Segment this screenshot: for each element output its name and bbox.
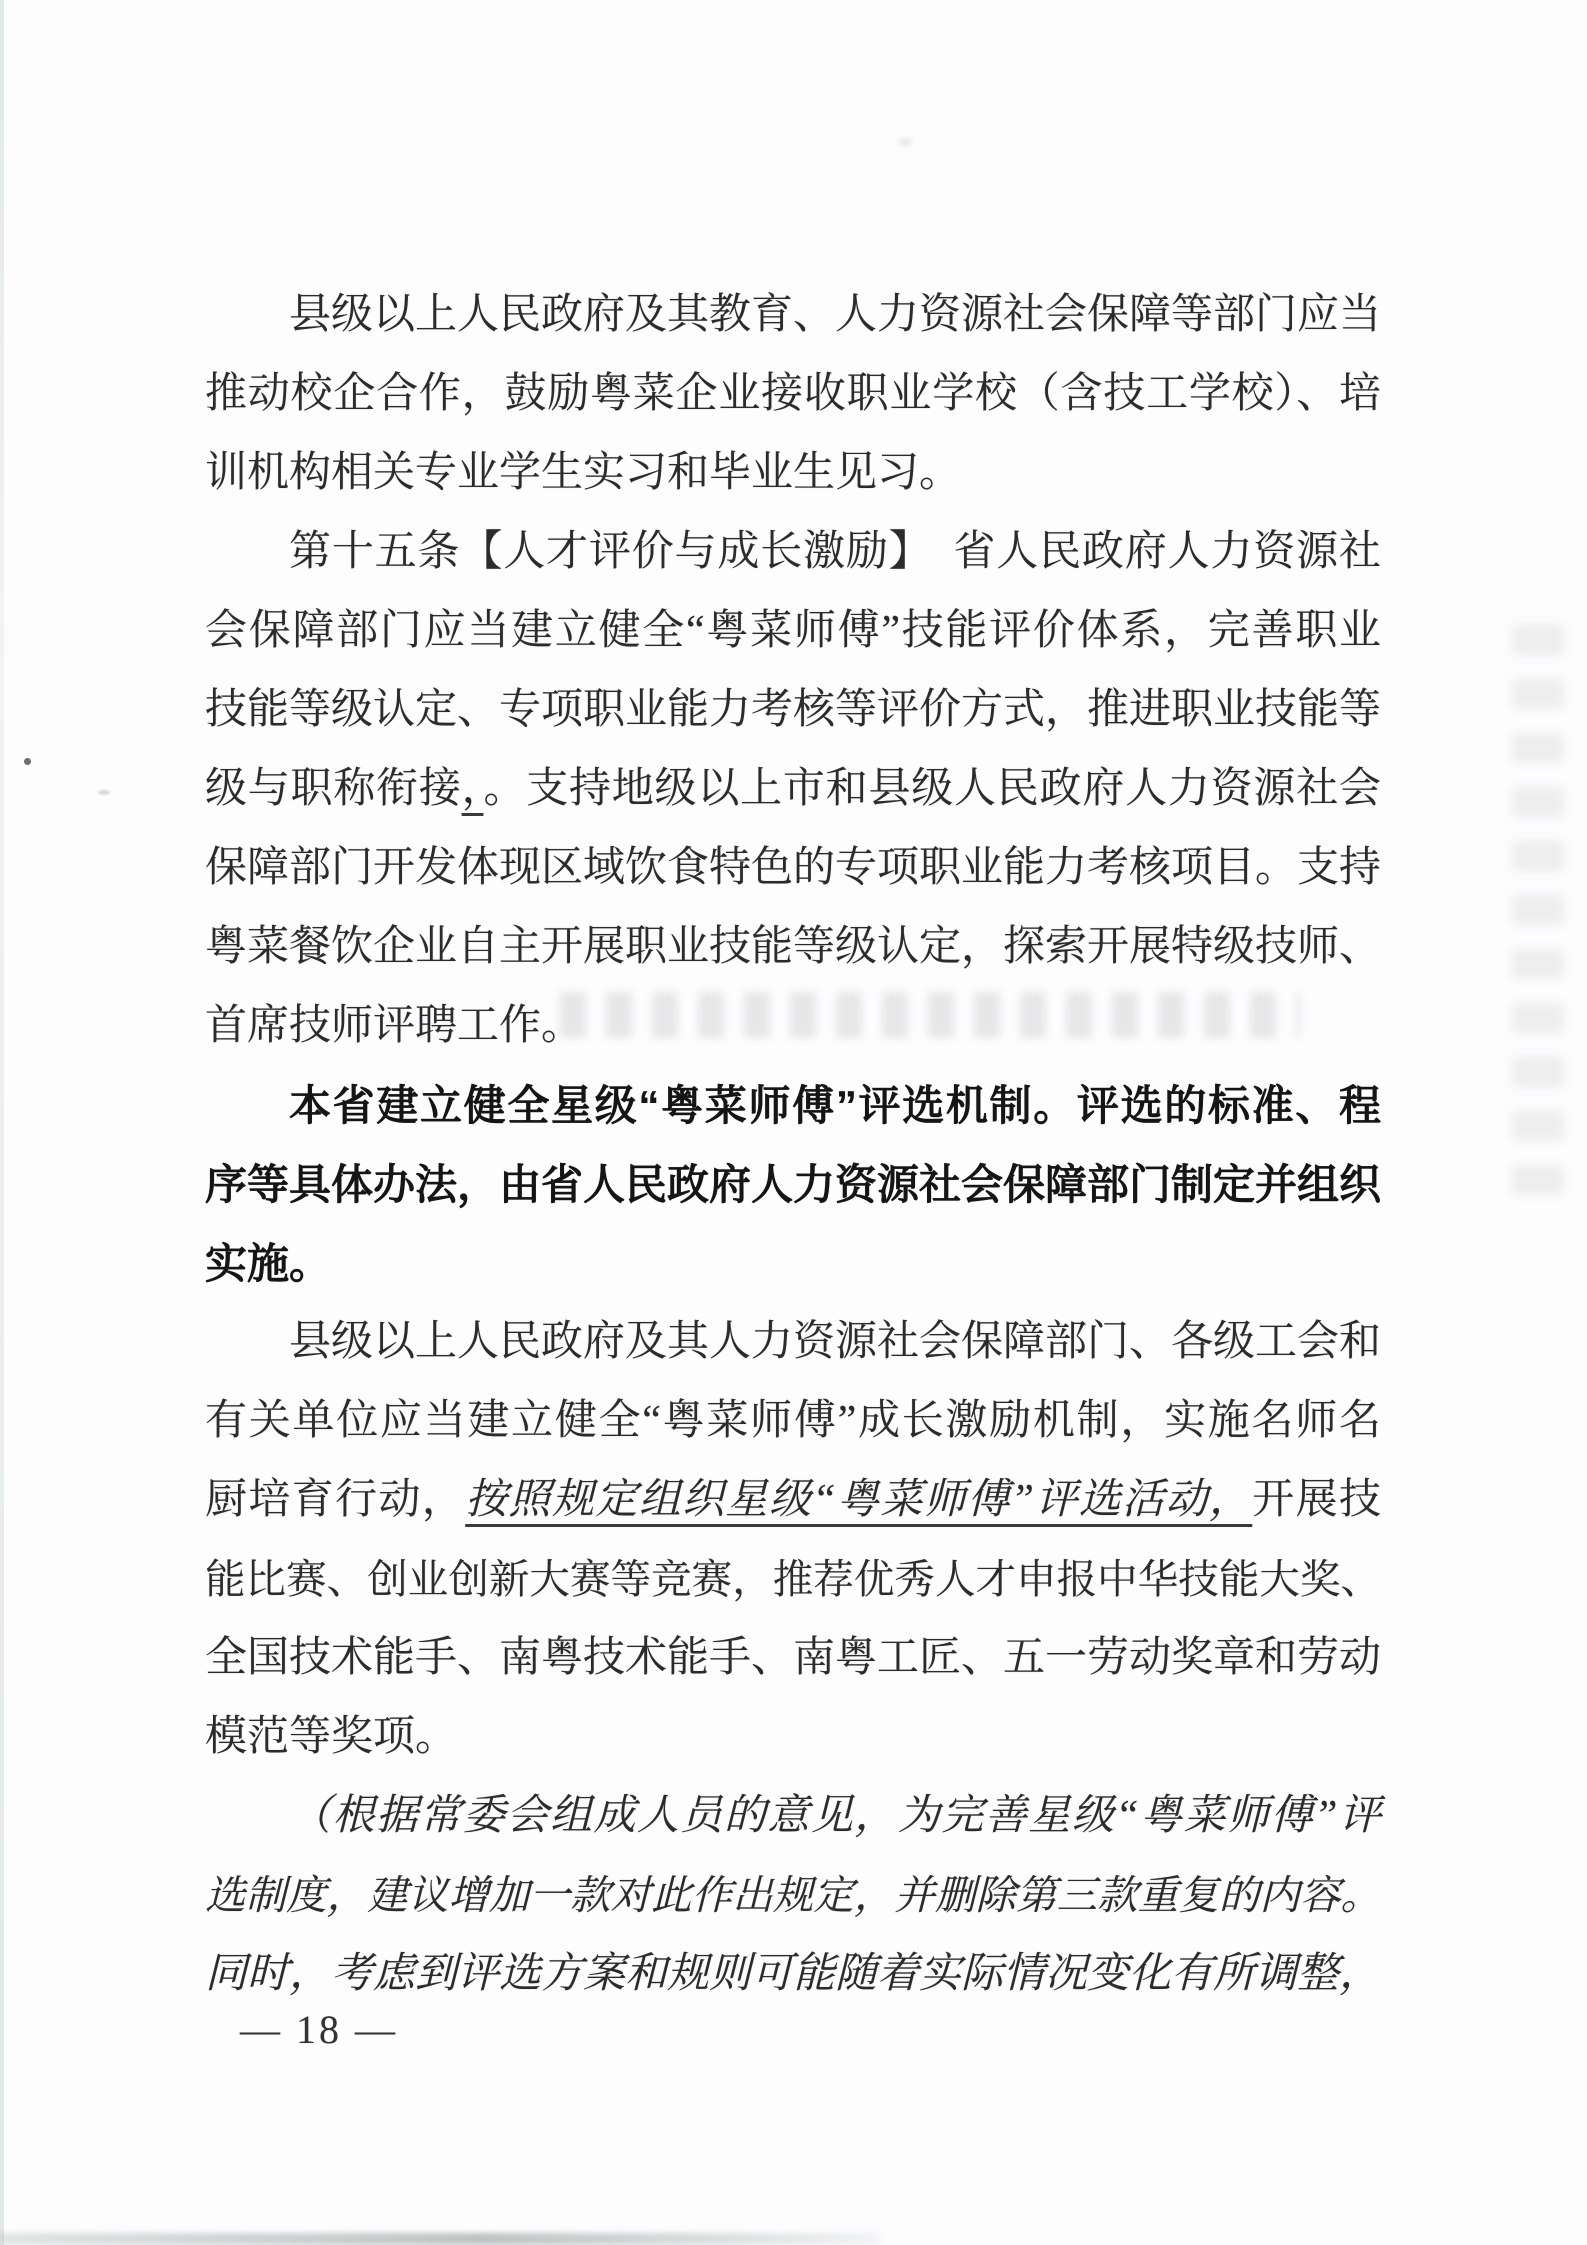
- text-segment: 全国技术能手、南粤技术能手、南粤工匠、五一劳动奖章和劳动: [205, 1635, 1381, 1681]
- text-segment: 。支持地级以上市和县级人民政府人力资源社会: [483, 766, 1381, 812]
- text-segment: 实施。: [205, 1240, 331, 1287]
- text-segment: 本省建立健全星级“粤菜师傅”评选机制。评选的标准、程: [289, 1082, 1381, 1129]
- text-segment: 县级以上人民政府及其教育、人力资源社会保障等部门应当: [289, 292, 1381, 338]
- text-segment: 训机构相关专业学生实习和毕业生见习。: [205, 450, 961, 496]
- scanned-page: 县级以上人民政府及其教育、人力资源社会保障等部门应当推动校企合作，鼓励粤菜企业接…: [0, 0, 1587, 2245]
- text-line: 本省建立健全星级“粤菜师傅”评选机制。评选的标准、程: [205, 1066, 1381, 1145]
- text-segment: 有关单位应当建立健全“粤菜师傅”成长激励机制，实施名师名: [205, 1398, 1381, 1444]
- text-line: 级与职称衔接，。支持地级以上市和县级人民政府人力资源社会: [205, 750, 1381, 829]
- text-line: 会保障部门应当建立健全“粤菜师傅”技能评价体系，完善职业: [205, 592, 1381, 671]
- ink-dot-artifact: [24, 758, 31, 765]
- text-segment: 序等具体办法，由省人民政府人力资源社会保障部门制定并组织: [205, 1161, 1381, 1208]
- text-line: 推动校企合作，鼓励粤菜企业接收职业学校（含技工学校）、培: [205, 355, 1381, 434]
- text-line: 技能等级认定、专项职业能力考核等评价方式，推进职业技能等: [205, 671, 1381, 750]
- text-segment: 同时，考虑到评选方案和规则可能随着实际情况变化有所调整，: [205, 1951, 1381, 1997]
- scan-edge-artifact: [0, 0, 4, 2245]
- text-line: 序等具体办法，由省人民政府人力资源社会保障部门制定并组织: [205, 1145, 1381, 1224]
- text-line: 能比赛、创业创新大赛等竞赛，推荐优秀人才申报中华技能大奖、: [205, 1540, 1381, 1619]
- text-segment: 首席技师评聘工作。: [205, 1003, 583, 1049]
- text-segment: 按照规定组织星级“粤菜师傅”评选活动，: [465, 1477, 1252, 1523]
- document-body: 县级以上人民政府及其教育、人力资源社会保障等部门应当推动校企合作，鼓励粤菜企业接…: [205, 276, 1381, 2014]
- text-segment: 厨培育行动，: [205, 1477, 465, 1523]
- text-segment: 开展技: [1252, 1477, 1381, 1523]
- text-segment: 级与职称衔接: [205, 766, 462, 812]
- bleedthrough-text-artifact: [1512, 620, 1564, 1195]
- text-line: 实施。: [205, 1224, 1381, 1303]
- text-line: （根据常委会组成人员的意见，为完善星级“粤菜师傅”评: [205, 1777, 1381, 1856]
- scan-bottom-artifact: [0, 2233, 880, 2245]
- text-line: 首席技师评聘工作。: [205, 987, 1381, 1066]
- text-line: 有关单位应当建立健全“粤菜师傅”成长激励机制，实施名师名: [205, 1382, 1381, 1461]
- text-segment: 选制度，建议增加一款对此作出规定，并删除第三款重复的内容。: [205, 1873, 1381, 1918]
- faint-smudge-artifact: [898, 138, 912, 146]
- text-line: 同时，考虑到评选方案和规则可能随着实际情况变化有所调整，: [205, 1935, 1381, 2014]
- text-line: 县级以上人民政府及其教育、人力资源社会保障等部门应当: [205, 276, 1381, 355]
- page-number: — 18 —: [240, 2008, 398, 2052]
- text-segment: （根据常委会组成人员的意见，为完善星级“粤菜师傅”评: [289, 1793, 1381, 1839]
- text-segment: ，: [462, 766, 484, 812]
- text-line: 模范等奖项。: [205, 1698, 1381, 1777]
- faint-smudge-artifact: [98, 790, 110, 795]
- text-line: 第十五条【人才评价与成长激励】 省人民政府人力资源社: [205, 513, 1381, 592]
- text-line: 县级以上人民政府及其人力资源社会保障部门、各级工会和: [205, 1303, 1381, 1382]
- text-line: 厨培育行动，按照规定组织星级“粤菜师傅”评选活动，开展技: [205, 1461, 1381, 1540]
- text-segment: 技能等级认定、专项职业能力考核等评价方式，推进职业技能等: [205, 687, 1381, 733]
- text-line: 粤菜餐饮企业自主开展职业技能等级认定，探索开展特级技师、: [205, 908, 1381, 987]
- text-segment: 会保障部门应当建立健全“粤菜师傅”技能评价体系，完善职业: [205, 608, 1381, 654]
- text-segment: 模范等奖项。: [205, 1714, 457, 1760]
- text-line: 全国技术能手、南粤技术能手、南粤工匠、五一劳动奖章和劳动: [205, 1619, 1381, 1698]
- text-segment: 县级以上人民政府及其人力资源社会保障部门、各级工会和: [289, 1319, 1381, 1365]
- text-segment: 能比赛、创业创新大赛等竞赛，推荐优秀人才申报中华技能大奖、: [205, 1557, 1381, 1602]
- text-line: 训机构相关专业学生实习和毕业生见习。: [205, 434, 1381, 513]
- text-segment: 第十五条【人才评价与成长激励】 省人民政府人力资源社: [289, 529, 1381, 575]
- text-segment: 保障部门开发体现区域饮食特色的专项职业能力考核项目。支持: [205, 845, 1381, 891]
- text-segment: 粤菜餐饮企业自主开展职业技能等级认定，探索开展特级技师、: [205, 924, 1381, 970]
- text-line: 选制度，建议增加一款对此作出规定，并删除第三款重复的内容。: [205, 1856, 1381, 1935]
- text-segment: 推动校企合作，鼓励粤菜企业接收职业学校（含技工学校）、培: [205, 371, 1381, 417]
- text-line: 保障部门开发体现区域饮食特色的专项职业能力考核项目。支持: [205, 829, 1381, 908]
